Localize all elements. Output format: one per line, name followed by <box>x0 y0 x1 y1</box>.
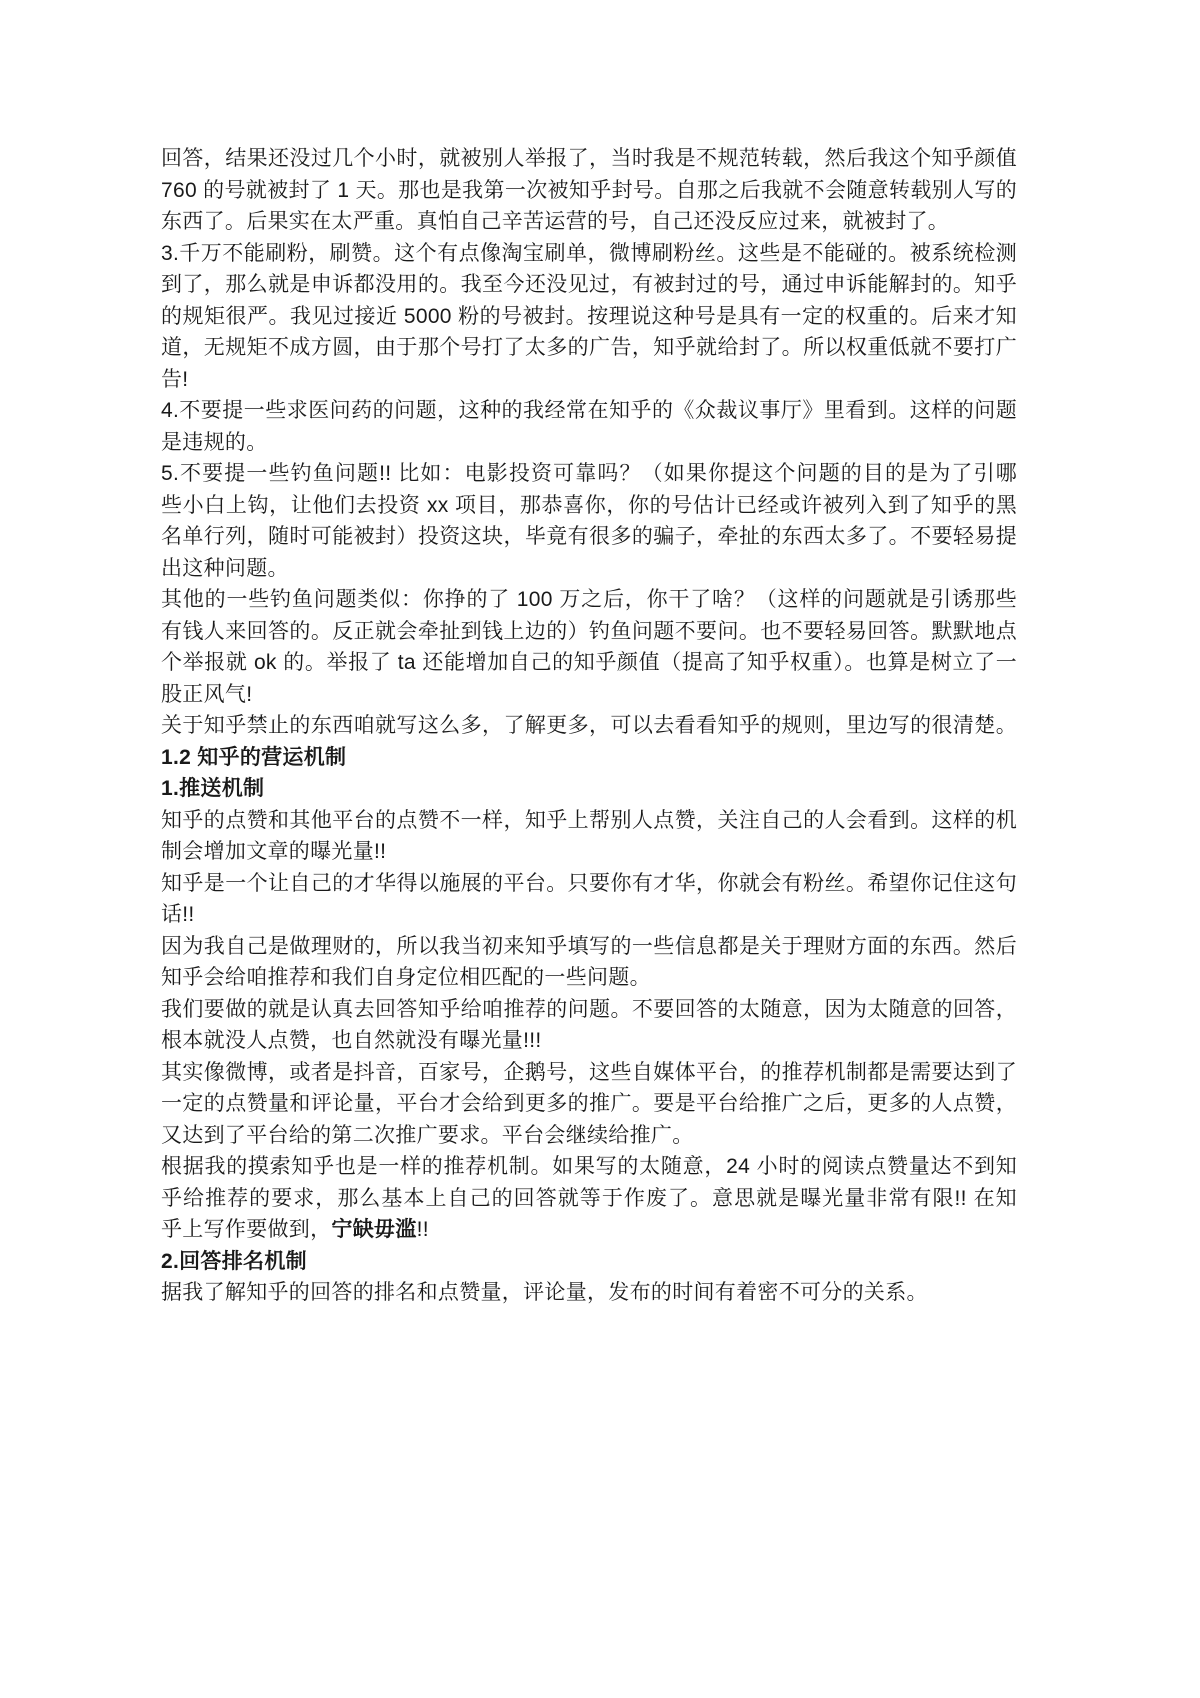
text-line: 的规矩很严。我见过接近 5000 粉的号被封。按理说这种号是具有一定的权重的。后… <box>161 301 1017 333</box>
text-line: 据我了解知乎的回答的排名和点赞量，评论量，发布的时间有着密不可分的关系。 <box>161 1277 1017 1309</box>
text-line: 东西了。后果实在太严重。真怕自己辛苦运营的号，自己还没反应过来，就被封了。 <box>161 206 1017 238</box>
text-line: 又达到了平台给的第二次推广要求。平台会继续给推广。 <box>161 1120 1017 1152</box>
text-line: 乎给推荐的要求，那么基本上自己的回答就等于作废了。意思就是曝光量非常有限!! 在… <box>161 1183 1017 1215</box>
text-line: 一定的点赞量和评论量，平台才会给到更多的推广。要是平台给推广之后，更多的人点赞， <box>161 1088 1017 1120</box>
text-line: 些小白上钩，让他们去投资 xx 项目，那恭喜你，你的号估计已经或许被列入到了知乎… <box>161 490 1017 522</box>
text-line: 出这种问题。 <box>161 553 1017 585</box>
text-line: 道，无规矩不成方圆，由于那个号打了太多的广告，知乎就给封了。所以权重低就不要打广 <box>161 332 1017 364</box>
section-heading: 1.推送机制 <box>161 773 1017 805</box>
text-line: 其他的一些钓鱼问题类似：你挣的了 100 万之后，你干了啥？（这样的问题就是引诱… <box>161 584 1017 616</box>
text-line: 话!! <box>161 899 1017 931</box>
text-line: 到了，那么就是申诉都没用的。我至今还没见过，有被封过的号，通过申诉能解封的。知乎 <box>161 269 1017 301</box>
text-line: 我们要做的就是认真去回答知乎给咱推荐的问题。不要回答的太随意，因为太随意的回答， <box>161 994 1017 1026</box>
document-text-block: 回答，结果还没过几个小时，就被别人举报了，当时我是不规范转载，然后我这个知乎颜值… <box>161 143 1017 1309</box>
text-line: 乎上写作要做到，宁缺毋滥!! <box>161 1214 1017 1246</box>
text-line: 根本就没人点赞，也自然就没有曝光量!!! <box>161 1025 1017 1057</box>
text-line: 3.千万不能刷粉，刷赞。这个有点像淘宝刷单，微博刷粉丝。这些是不能碰的。被系统检… <box>161 238 1017 270</box>
text-line: 是违规的。 <box>161 427 1017 459</box>
text-line: 知乎的点赞和其他平台的点赞不一样，知乎上帮别人点赞，关注自己的人会看到。这样的机 <box>161 805 1017 837</box>
text-line: 其实像微博，或者是抖音，百家号，企鹅号，这些自媒体平台，的推荐机制都是需要达到了 <box>161 1057 1017 1089</box>
text-line: 个举报就 ok 的。举报了 ta 还能增加自己的知乎颜值（提高了知乎权重）。也算… <box>161 647 1017 679</box>
text-line: 根据我的摸索知乎也是一样的推荐机制。如果写的太随意，24 小时的阅读点赞量达不到… <box>161 1151 1017 1183</box>
text-segment: 乎上写作要做到， <box>161 1218 331 1241</box>
text-line: 制会增加文章的曝光量!! <box>161 836 1017 868</box>
text-line: 关于知乎禁止的东西咱就写这么多，了解更多，可以去看看知乎的规则，里边写的很清楚。 <box>161 710 1017 742</box>
text-segment: !! <box>417 1218 429 1241</box>
text-line: 知乎会给咱推荐和我们自身定位相匹配的一些问题。 <box>161 962 1017 994</box>
text-line: 名单行列，随时可能被封）投资这块，毕竟有很多的骗子，牵扯的东西太多了。不要轻易提 <box>161 521 1017 553</box>
text-line: 有钱人来回答的。反正就会牵扯到钱上边的）钓鱼问题不要问。也不要轻易回答。默默地点 <box>161 616 1017 648</box>
text-segment: 宁缺毋滥 <box>331 1218 416 1241</box>
text-line: 知乎是一个让自己的才华得以施展的平台。只要你有才华，你就会有粉丝。希望你记住这句 <box>161 868 1017 900</box>
text-line: 5.不要提一些钓鱼问题!! 比如：电影投资可靠吗？（如果你提这个问题的目的是为了… <box>161 458 1017 490</box>
text-line: 告! <box>161 364 1017 396</box>
section-heading: 1.2 知乎的营运机制 <box>161 742 1017 774</box>
section-heading: 2.回答排名机制 <box>161 1246 1017 1278</box>
text-line: 股正风气! <box>161 679 1017 711</box>
document-page: 回答，结果还没过几个小时，就被别人举报了，当时我是不规范转载，然后我这个知乎颜值… <box>0 0 1200 1698</box>
text-line: 760 的号就被封了 1 天。那也是我第一次被知乎封号。自那之后我就不会随意转载… <box>161 175 1017 207</box>
text-line: 回答，结果还没过几个小时，就被别人举报了，当时我是不规范转载，然后我这个知乎颜值 <box>161 143 1017 175</box>
text-line: 因为我自己是做理财的，所以我当初来知乎填写的一些信息都是关于理财方面的东西。然后 <box>161 931 1017 963</box>
text-line: 4.不要提一些求医问药的问题，这种的我经常在知乎的《众裁议事厅》里看到。这样的问… <box>161 395 1017 427</box>
